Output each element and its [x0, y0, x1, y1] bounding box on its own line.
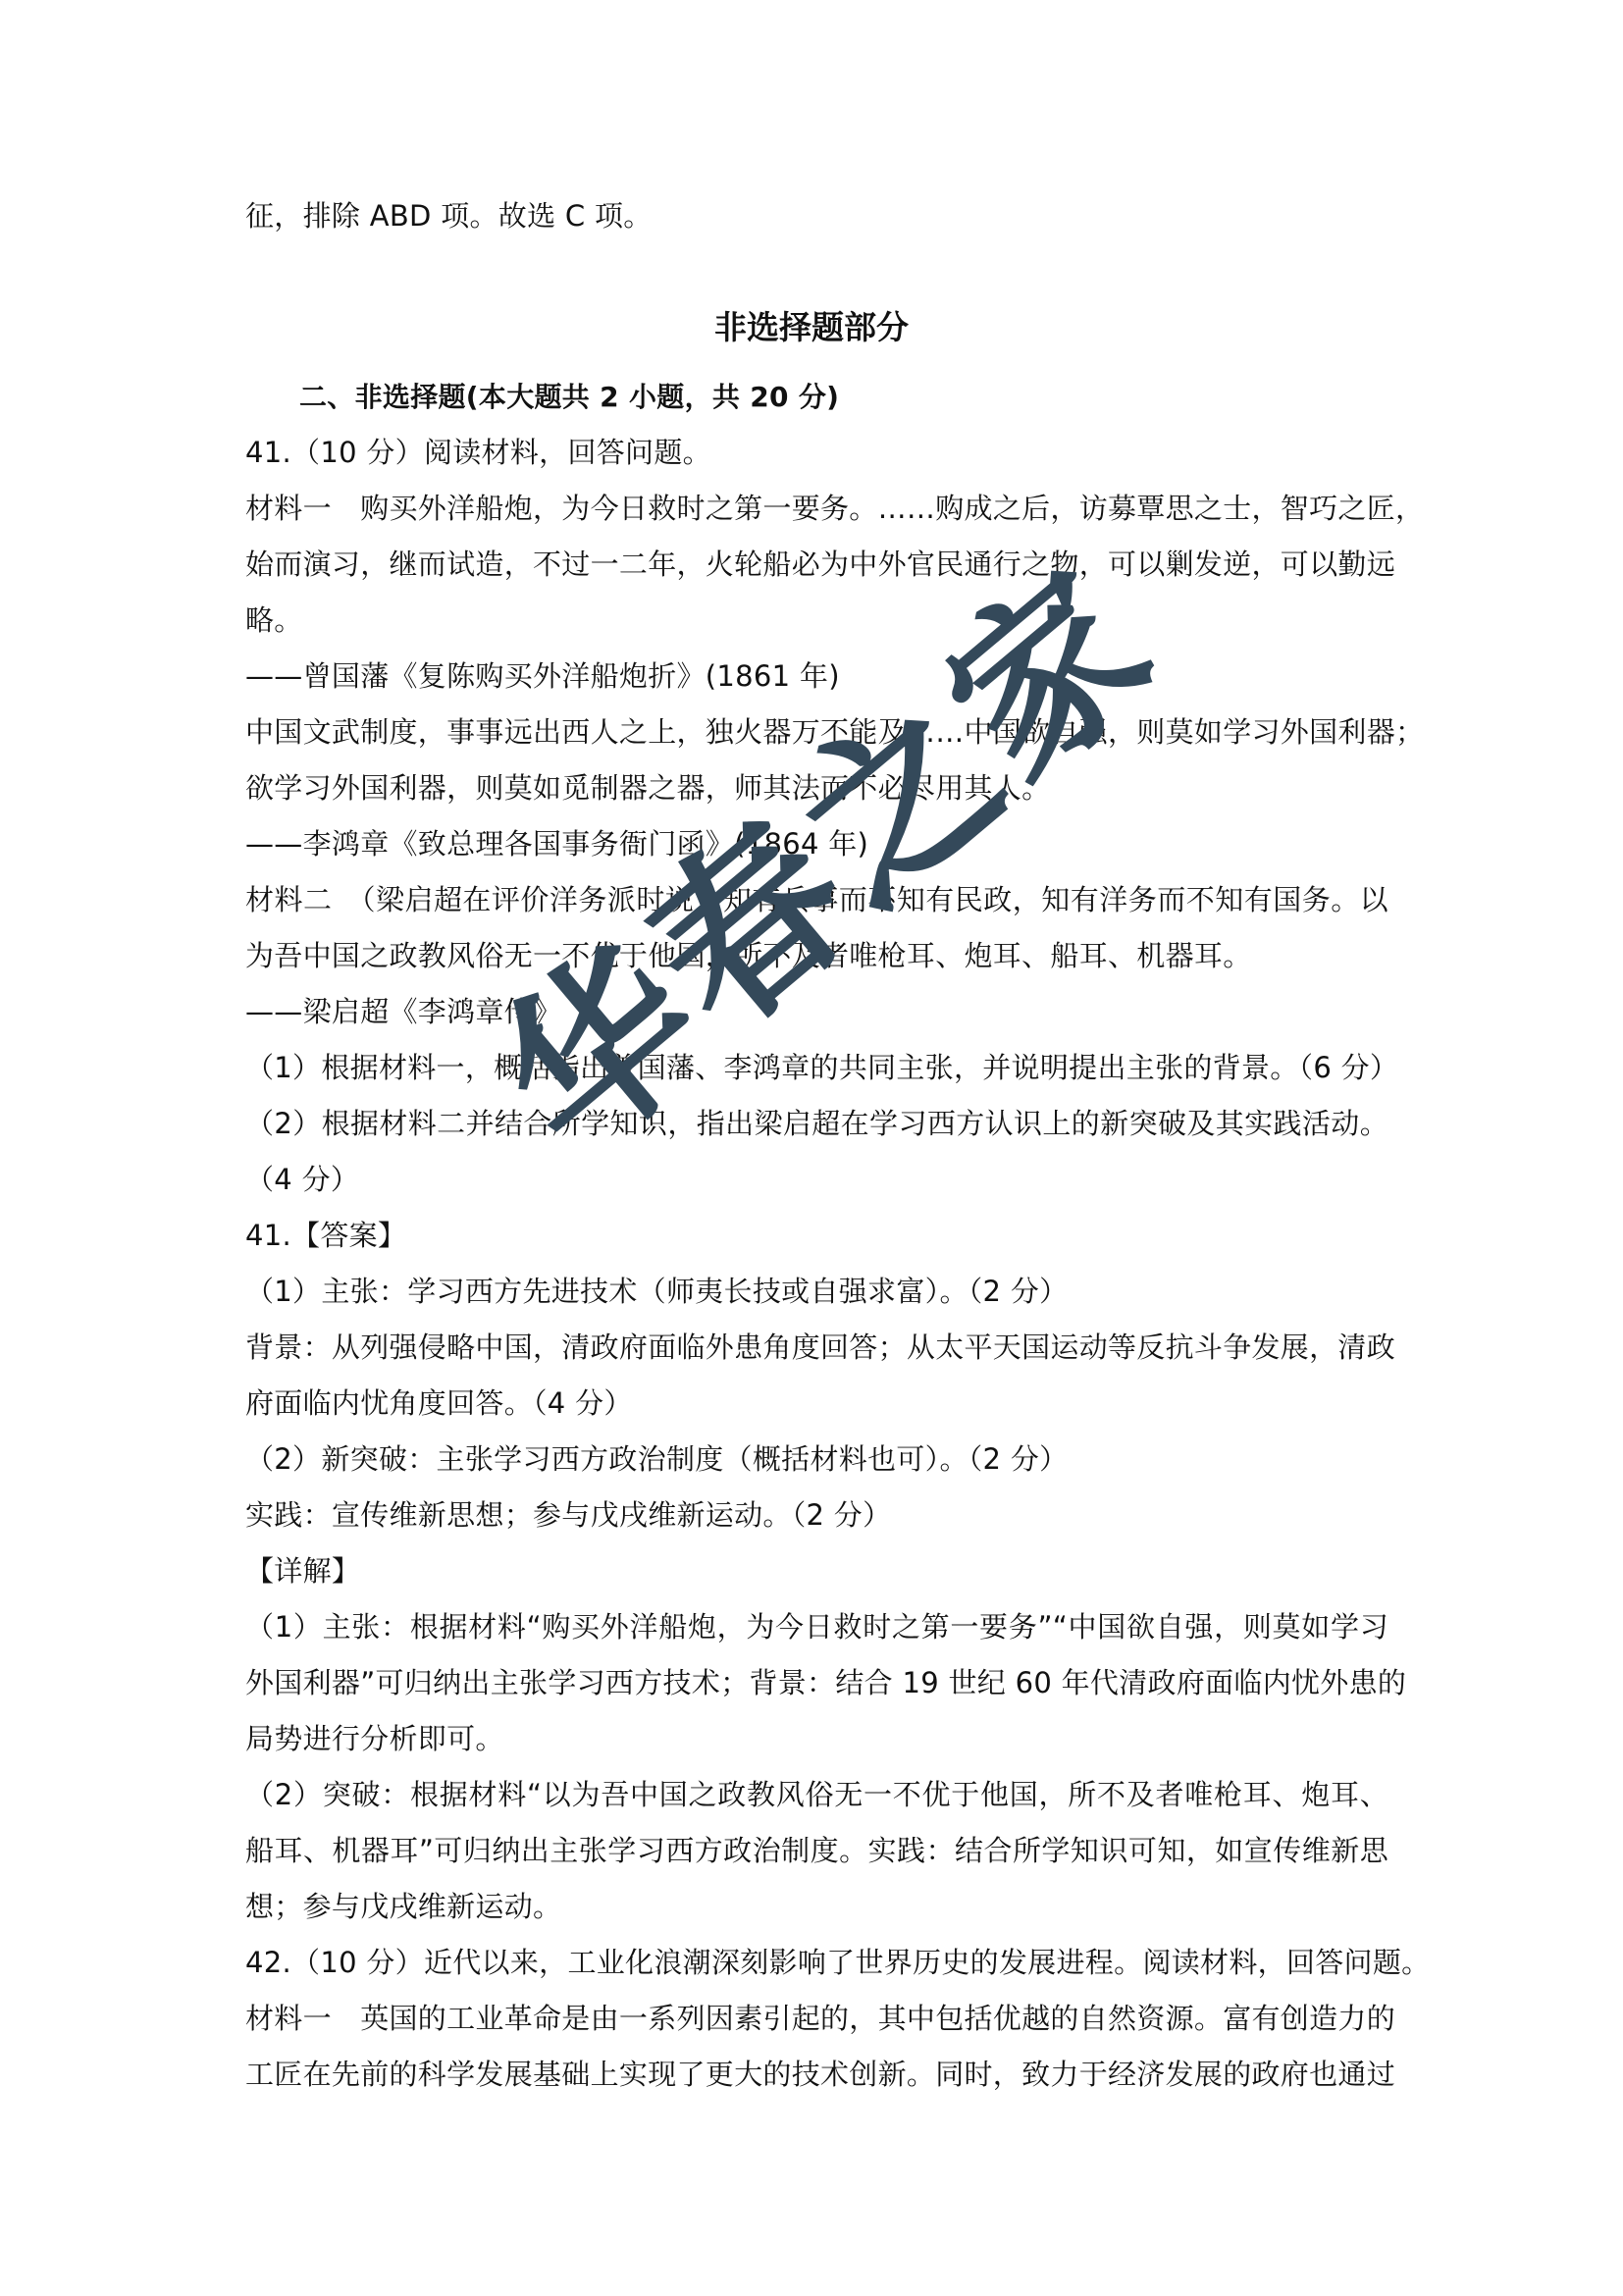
q41-answer-line: 府面临内忧角度回答。（4 分）	[245, 1383, 1388, 1423]
q41-material2-line: 材料二 （梁启超在评价洋务派时说）知有兵事而不知有民政，知有洋务而不知有国务。以	[245, 880, 1388, 919]
q41-detail-line: （1）主张：根据材料“购买外洋船炮，为今日救时之第一要务”“中国欲自强，则莫如学…	[245, 1607, 1388, 1646]
q41-detail-line: 局势进行分析即可。	[245, 1719, 1388, 1758]
q41-detail-heading: 【详解】	[245, 1551, 1388, 1591]
q41-detail-line: 船耳、机器耳”可归纳出主张学习西方政治制度。实践：结合所学知识可知，如宣传维新思	[245, 1831, 1388, 1870]
q41-source-li: ——李鸿章《致总理各国事务衙门函》(1864 年)	[245, 824, 1388, 863]
question-41-stem: 41.（10 分）阅读材料，回答问题。	[245, 433, 1388, 472]
q41-material1b-line: 欲学习外国利器，则莫如觅制器之器，师其法而不必尽用其人。	[245, 768, 1388, 808]
q41-source-liang: ——梁启超《李鸿章传》	[245, 992, 1388, 1031]
q41-subquestion: （2）根据材料二并结合所学知识，指出梁启超在学习西方认识上的新突破及其实践活动。	[245, 1104, 1388, 1143]
q41-answer-line: 背景：从列强侵略中国，清政府面临外患角度回答；从太平天国运动等反抗斗争发展，清政	[245, 1328, 1388, 1367]
q41-subquestion: （4 分）	[245, 1160, 1388, 1199]
question-42-stem: 42.（10 分）近代以来，工业化浪潮深刻影响了世界历史的发展进程。阅读材料，回…	[245, 1943, 1388, 1982]
section-title: 非选择题部分	[0, 306, 1623, 349]
section-heading: 二、非选择题(本大题共 2 小题，共 20 分)	[299, 378, 1442, 417]
q41-material2-line: 为吾中国之政教风俗无一不优于他国，所不及者唯枪耳、炮耳、船耳、机器耳。	[245, 936, 1388, 975]
q41-answer-heading: 41.【答案】	[245, 1216, 1388, 1255]
q41-answer-line: 实践：宣传维新思想；参与戊戌维新运动。（2 分）	[245, 1495, 1388, 1535]
q41-source-zeng: ——曾国藩《复陈购买外洋船炮折》(1861 年)	[245, 656, 1388, 696]
q41-answer-line: （2）新突破：主张学习西方政治制度（概括材料也可）。（2 分）	[245, 1439, 1388, 1479]
q41-detail-line: 想；参与戊戌维新运动。	[245, 1887, 1388, 1926]
q41-detail-line: 外国利器”可归纳出主张学习西方技术；背景：结合 19 世纪 60 年代清政府面临…	[245, 1663, 1388, 1702]
q41-material1-line: 略。	[245, 600, 1388, 640]
q41-subquestion: （1）根据材料一，概括指出曾国藩、李鸿章的共同主张，并说明提出主张的背景。（6 …	[245, 1048, 1388, 1087]
q41-material1-line: 材料一 购买外洋船炮，为今日救时之第一要务。……购成之后，访募覃思之士，智巧之匠…	[245, 489, 1388, 528]
q42-material1-line: 工匠在先前的科学发展基础上实现了更大的技术创新。同时，致力于经济发展的政府也通过	[245, 2055, 1388, 2094]
q41-material1-line: 始而演习，继而试造，不过一二年，火轮船必为中外官民通行之物，可以剿发逆，可以勤远	[245, 545, 1388, 584]
q41-answer-line: （1）主张：学习西方先进技术（师夷长技或自强求富）。（2 分）	[245, 1272, 1388, 1311]
document-page: 征，排除 ABD 项。故选 C 项。 非选择题部分 二、非选择题(本大题共 2 …	[0, 0, 1623, 2296]
previous-answer-fragment: 征，排除 ABD 项。故选 C 项。	[245, 196, 1388, 235]
q41-detail-line: （2）突破：根据材料“以为吾中国之政教风俗无一不优于他国，所不及者唯枪耳、炮耳、	[245, 1775, 1388, 1814]
q41-material1b-line: 中国文武制度，事事远出西人之上，独火器万不能及……中国欲自强，则莫如学习外国利器…	[245, 712, 1388, 752]
q42-material1-line: 材料一 英国的工业革命是由一系列因素引起的，其中包括优越的自然资源。富有创造力的	[245, 1999, 1388, 2038]
